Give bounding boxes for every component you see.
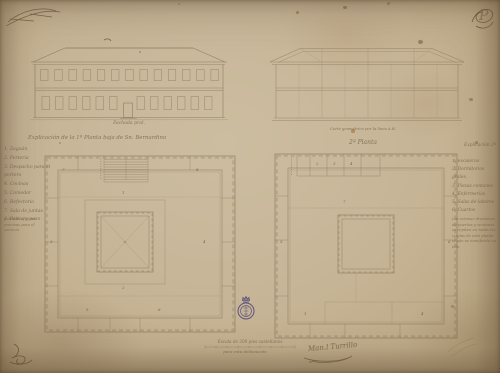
legend-item: 4. Cocinas	[4, 181, 58, 190]
legend-item: 5. Salas de labores	[452, 199, 498, 207]
room-number: 3	[333, 161, 336, 166]
room-number: 2	[316, 161, 319, 166]
right-legend-heading: Explicación 2ª	[464, 143, 496, 148]
foxing-spot	[469, 98, 473, 101]
room-number: 4	[203, 239, 206, 244]
room-number: 5	[280, 239, 283, 244]
facade-elevation-drawing	[30, 48, 228, 120]
legend-item: 3. Piezas comunes	[452, 183, 498, 191]
drawing-sheet: Fachada pral. Corte geométrico por la lí…	[0, 0, 500, 373]
cross-section-drawing	[270, 49, 464, 121]
room-number: 8	[196, 167, 199, 172]
room-number: 5	[86, 307, 89, 312]
bottom-right-pencil-scribble	[448, 338, 476, 356]
foxing-spot	[59, 142, 61, 144]
left-legend-heading: Explicación de la 1ª Planta baja de Sn. …	[28, 135, 166, 141]
legend-item: 4. Enfermerías	[452, 191, 498, 199]
legend-item: 5. Comedor	[4, 190, 58, 199]
legend-item: 6. Cuartos	[452, 207, 498, 215]
room-number: 6	[158, 307, 161, 312]
foxing-spot	[351, 129, 355, 133]
architectural-linework	[0, 0, 500, 373]
room-number: 1	[122, 190, 125, 195]
top-left-flourish	[6, 9, 111, 41]
legend-item: 3. Despacho para el portero	[4, 164, 58, 182]
foxing-spot	[418, 40, 423, 44]
facade-caption: Fachada pral.	[113, 121, 145, 126]
legend-item: 2. Portería	[4, 155, 58, 164]
room-number: 1	[304, 311, 307, 316]
room-number: 4	[350, 161, 353, 166]
ground-floor-plan-drawing	[45, 156, 235, 332]
legend-item: 6. Refectorio	[4, 199, 58, 208]
scale-sublabel: para esta delineación	[223, 349, 267, 354]
right-legend-note: Las mismas divisiones de puertas y venta…	[452, 216, 498, 250]
room-number: 2	[122, 285, 125, 290]
royal-seal-stamp	[238, 297, 254, 320]
foxing-spot	[309, 361, 312, 363]
left-legend-list: 1. Zaguán 2. Portería 3. Despacho para e…	[4, 146, 58, 225]
foxing-spot	[178, 3, 180, 5]
legend-item: 1. Escaleras	[452, 158, 498, 166]
legend-item: 2. Dormitorios grales.	[452, 166, 498, 182]
collector-monogram: P	[479, 8, 488, 24]
left-legend-note: y demás oficinas precisas para el servic…	[4, 216, 50, 233]
foxing-spot	[296, 11, 299, 14]
legend-item: 1. Zaguán	[4, 146, 58, 155]
section-caption: 2ª Planta	[349, 139, 377, 146]
scale-label: Escala de 200 pies castellanos	[218, 339, 283, 344]
room-number: 4	[421, 311, 424, 316]
foxing-spot	[451, 305, 454, 308]
foxing-spot	[343, 6, 347, 9]
room-number: 7	[343, 199, 346, 204]
foxing-spot	[475, 141, 478, 144]
room-number: 3	[50, 239, 53, 244]
foxing-spot	[139, 51, 141, 53]
section-caption-small: Corte geométrico por la línea A.B.	[330, 126, 396, 131]
room-number: 6	[448, 239, 451, 244]
bottom-left-rubric	[10, 344, 32, 364]
room-number: 7	[62, 167, 65, 172]
foxing-spot	[387, 2, 390, 5]
right-legend-list: 1. Escaleras 2. Dormitorios grales. 3. P…	[452, 158, 498, 215]
upper-floor-plan-drawing	[275, 154, 457, 338]
